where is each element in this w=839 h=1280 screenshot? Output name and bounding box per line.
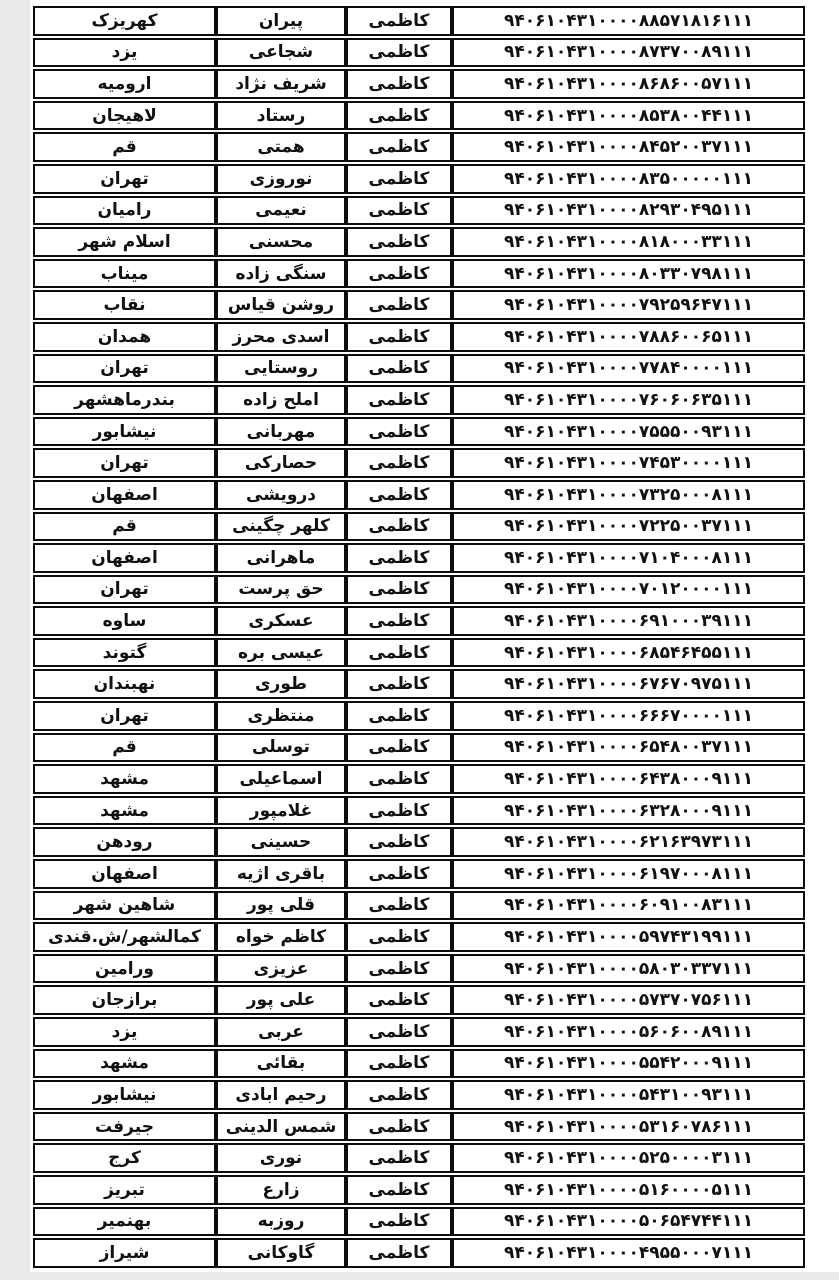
table-row: بندرماهشهر املح زاده کاظمی ۹۴۰۶۱۰۴۳۱۰۰۰۰…	[33, 385, 805, 415]
tracking-number-cell: ۹۴۰۶۱۰۴۳۱۰۰۰۰۸۷۳۷۰۰۸۹۱۱۱	[452, 38, 805, 68]
tracking-number-cell: ۹۴۰۶۱۰۴۳۱۰۰۰۰۸۱۸۰۰۰۳۳۱۱۱	[452, 227, 805, 257]
tracking-number-cell: ۹۴۰۶۱۰۴۳۱۰۰۰۰۷۳۲۵۰۰۰۸۱۱۱	[452, 480, 805, 510]
tracking-number-cell: ۹۴۰۶۱۰۴۳۱۰۰۰۰۶۶۶۷۰۰۰۰۱۱۱	[452, 701, 805, 731]
tracking-number-cell: ۹۴۰۶۱۰۴۳۱۰۰۰۰۶۰۹۱۰۰۸۳۱۱۱	[452, 891, 805, 921]
tracking-number-value: ۹۴۰۶۱۰۴۳۱۰۰۰۰۶۳۲۸۰۰۰۹۱۱۱	[504, 801, 753, 821]
given-name-cell: کاظمی	[346, 764, 452, 794]
city-cell: اصفهان	[33, 480, 216, 510]
city-cell: قم	[33, 733, 216, 763]
city-cell: مشهد	[33, 764, 216, 794]
tracking-number-value: ۹۴۰۶۱۰۴۳۱۰۰۰۰۵۹۷۴۳۱۹۹۱۱۱	[504, 927, 753, 947]
tracking-number-cell: ۹۴۰۶۱۰۴۳۱۰۰۰۰۸۰۳۳۰۷۹۸۱۱۱	[452, 259, 805, 289]
table-row: یزد شجاعی کاظمی ۹۴۰۶۱۰۴۳۱۰۰۰۰۸۷۳۷۰۰۸۹۱۱۱	[33, 38, 805, 68]
tracking-number-value: ۹۴۰۶۱۰۴۳۱۰۰۰۰۶۹۱۰۰۰۳۹۱۱۱	[504, 611, 753, 631]
tracking-number-cell: ۹۴۰۶۱۰۴۳۱۰۰۰۰۵۸۰۳۰۳۳۷۱۱۱	[452, 954, 805, 984]
surname-cell: مهربانی	[216, 417, 346, 447]
table-row: ورامین عزیزی کاظمی ۹۴۰۶۱۰۴۳۱۰۰۰۰۵۸۰۳۰۳۳۷…	[33, 954, 805, 984]
city-cell: یزد	[33, 38, 216, 68]
table-row: نیشابور رحیم ابادی کاظمی ۹۴۰۶۱۰۴۳۱۰۰۰۰۵۴…	[33, 1080, 805, 1110]
city-cell: گتوند	[33, 638, 216, 668]
table-row: اصفهان درویشی کاظمی ۹۴۰۶۱۰۴۳۱۰۰۰۰۷۳۲۵۰۰۰…	[33, 480, 805, 510]
city-cell: مشهد	[33, 1049, 216, 1079]
given-name-cell: کاظمی	[346, 606, 452, 636]
surname-cell: طوری	[216, 669, 346, 699]
surname-cell: کلهر چگینی	[216, 512, 346, 542]
tracking-number-cell: ۹۴۰۶۱۰۴۳۱۰۰۰۰۴۹۵۵۰۰۰۷۱۱۱	[452, 1238, 805, 1268]
tracking-number-value: ۹۴۰۶۱۰۴۳۱۰۰۰۰۵۱۶۰۰۰۰۵۱۱۱	[504, 1180, 753, 1200]
table-row: کمالشهر/ش.قندی کاظم خواه کاظمی ۹۴۰۶۱۰۴۳۱…	[33, 922, 805, 952]
given-name-cell: کاظمی	[346, 859, 452, 889]
surname-cell: حسینی	[216, 827, 346, 857]
city-cell: تهران	[33, 164, 216, 194]
page-bottom-margin	[0, 1272, 839, 1280]
tracking-number-cell: ۹۴۰۶۱۰۴۳۱۰۰۰۰۶۹۱۰۰۰۳۹۱۱۱	[452, 606, 805, 636]
city-cell: بندرماهشهر	[33, 385, 216, 415]
surname-cell: باقری اژیه	[216, 859, 346, 889]
surname-cell: حق پرست	[216, 575, 346, 605]
city-cell: رامیان	[33, 196, 216, 226]
surname-cell: کاظم خواه	[216, 922, 346, 952]
tracking-number-cell: ۹۴۰۶۱۰۴۳۱۰۰۰۰۷۵۵۵۰۰۹۳۱۱۱	[452, 417, 805, 447]
surname-cell: گاوکانی	[216, 1238, 346, 1268]
city-cell: یزد	[33, 1017, 216, 1047]
table-row: اسلام شهر محسنی کاظمی ۹۴۰۶۱۰۴۳۱۰۰۰۰۸۱۸۰۰…	[33, 227, 805, 257]
tracking-number-cell: ۹۴۰۶۱۰۴۳۱۰۰۰۰۸۴۵۲۰۰۳۷۱۱۱	[452, 132, 805, 162]
tracking-number-cell: ۹۴۰۶۱۰۴۳۱۰۰۰۰۷۲۲۵۰۰۳۷۱۱۱	[452, 512, 805, 542]
tracking-number-cell: ۹۴۰۶۱۰۴۳۱۰۰۰۰۷۱۰۴۰۰۰۸۱۱۱	[452, 543, 805, 573]
surname-cell: سنگی زاده	[216, 259, 346, 289]
table-row: رودهن حسینی کاظمی ۹۴۰۶۱۰۴۳۱۰۰۰۰۶۲۱۶۳۹۷۳۱…	[33, 827, 805, 857]
city-cell: نهبندان	[33, 669, 216, 699]
surname-cell: اسدی محرز	[216, 322, 346, 352]
tracking-number-value: ۹۴۰۶۱۰۴۳۱۰۰۰۰۷۹۲۵۹۶۴۷۱۱۱	[504, 295, 753, 315]
given-name-cell: کاظمی	[346, 733, 452, 763]
given-name-cell: کاظمی	[346, 922, 452, 952]
table-row: بهنمیر روزبه کاظمی ۹۴۰۶۱۰۴۳۱۰۰۰۰۵۰۶۵۴۷۴۴…	[33, 1207, 805, 1237]
tracking-number-value: ۹۴۰۶۱۰۴۳۱۰۰۰۰۸۳۵۰۰۰۰۰۱۱۱	[504, 169, 753, 189]
tracking-number-cell: ۹۴۰۶۱۰۴۳۱۰۰۰۰۷۰۱۲۰۰۰۰۱۱۱	[452, 575, 805, 605]
given-name-cell: کاظمی	[346, 164, 452, 194]
given-name-cell: کاظمی	[346, 38, 452, 68]
table-row: رامیان نعیمی کاظمی ۹۴۰۶۱۰۴۳۱۰۰۰۰۸۲۹۳۰۴۹۵…	[33, 196, 805, 226]
surname-cell: توسلی	[216, 733, 346, 763]
tracking-number-cell: ۹۴۰۶۱۰۴۳۱۰۰۰۰۵۵۴۲۰۰۰۹۱۱۱	[452, 1049, 805, 1079]
tracking-number-cell: ۹۴۰۶۱۰۴۳۱۰۰۰۰۵۴۳۱۰۰۹۳۱۱۱	[452, 1080, 805, 1110]
table-row: کهریزک پیران کاظمی ۹۴۰۶۱۰۴۳۱۰۰۰۰۸۸۵۷۱۸۱۶…	[33, 6, 805, 36]
tracking-number-value: ۹۴۰۶۱۰۴۳۱۰۰۰۰۷۲۲۵۰۰۳۷۱۱۱	[504, 516, 753, 536]
tracking-number-value: ۹۴۰۶۱۰۴۳۱۰۰۰۰۵۶۰۶۰۰۸۹۱۱۱	[504, 1022, 753, 1042]
city-cell: اصفهان	[33, 543, 216, 573]
city-cell: بهنمیر	[33, 1207, 216, 1237]
surname-cell: علی پور	[216, 985, 346, 1015]
surname-cell: عسکری	[216, 606, 346, 636]
tracking-number-value: ۹۴۰۶۱۰۴۳۱۰۰۰۰۵۰۶۵۴۷۴۴۱۱۱	[504, 1211, 753, 1231]
tracking-number-cell: ۹۴۰۶۱۰۴۳۱۰۰۰۰۸۲۹۳۰۴۹۵۱۱۱	[452, 196, 805, 226]
table-row: کرج نوری کاظمی ۹۴۰۶۱۰۴۳۱۰۰۰۰۵۲۵۰۰۰۰۳۱۱۱	[33, 1143, 805, 1173]
surname-cell: عزیزی	[216, 954, 346, 984]
table-row: تهران روستایی کاظمی ۹۴۰۶۱۰۴۳۱۰۰۰۰۷۷۸۴۰۰۰…	[33, 354, 805, 384]
tracking-number-value: ۹۴۰۶۱۰۴۳۱۰۰۰۰۶۴۳۸۰۰۰۹۱۱۱	[504, 769, 753, 789]
surname-cell: املح زاده	[216, 385, 346, 415]
city-cell: تهران	[33, 575, 216, 605]
city-cell: مشهد	[33, 796, 216, 826]
tracking-number-cell: ۹۴۰۶۱۰۴۳۱۰۰۰۰۵۰۶۵۴۷۴۴۱۱۱	[452, 1207, 805, 1237]
tracking-number-value: ۹۴۰۶۱۰۴۳۱۰۰۰۰۵۵۴۲۰۰۰۹۱۱۱	[504, 1053, 753, 1073]
given-name-cell: کاظمی	[346, 196, 452, 226]
surname-cell: بقائی	[216, 1049, 346, 1079]
tracking-number-value: ۹۴۰۶۱۰۴۳۱۰۰۰۰۵۴۳۱۰۰۹۳۱۱۱	[504, 1085, 753, 1105]
tracking-number-value: ۹۴۰۶۱۰۴۳۱۰۰۰۰۴۹۵۵۰۰۰۷۱۱۱	[504, 1243, 753, 1263]
table-row: ساوه عسکری کاظمی ۹۴۰۶۱۰۴۳۱۰۰۰۰۶۹۱۰۰۰۳۹۱۱…	[33, 606, 805, 636]
tracking-number-cell: ۹۴۰۶۱۰۴۳۱۰۰۰۰۶۷۶۷۰۹۷۵۱۱۱	[452, 669, 805, 699]
tracking-number-cell: ۹۴۰۶۱۰۴۳۱۰۰۰۰۵۷۳۷۰۷۵۶۱۱۱	[452, 985, 805, 1015]
given-name-cell: کاظمی	[346, 1207, 452, 1237]
given-name-cell: کاظمی	[346, 638, 452, 668]
surname-cell: اسماعیلی	[216, 764, 346, 794]
city-cell: تبریز	[33, 1175, 216, 1205]
surname-cell: همتی	[216, 132, 346, 162]
given-name-cell: کاظمی	[346, 669, 452, 699]
tracking-number-value: ۹۴۰۶۱۰۴۳۱۰۰۰۰۸۶۸۶۰۰۵۷۱۱۱	[504, 74, 753, 94]
city-cell: کمالشهر/ش.قندی	[33, 922, 216, 952]
tracking-number-cell: ۹۴۰۶۱۰۴۳۱۰۰۰۰۶۵۴۸۰۰۳۷۱۱۱	[452, 733, 805, 763]
city-cell: قم	[33, 512, 216, 542]
tracking-number-cell: ۹۴۰۶۱۰۴۳۱۰۰۰۰۸۶۸۶۰۰۵۷۱۱۱	[452, 69, 805, 99]
tracking-number-value: ۹۴۰۶۱۰۴۳۱۰۰۰۰۷۳۲۵۰۰۰۸۱۱۱	[504, 485, 753, 505]
surname-cell: منتظری	[216, 701, 346, 731]
table-row: قم همتی کاظمی ۹۴۰۶۱۰۴۳۱۰۰۰۰۸۴۵۲۰۰۳۷۱۱۱	[33, 132, 805, 162]
tracking-number-value: ۹۴۰۶۱۰۴۳۱۰۰۰۰۷۷۸۴۰۰۰۰۱۱۱	[504, 358, 753, 378]
records-table: کهریزک پیران کاظمی ۹۴۰۶۱۰۴۳۱۰۰۰۰۸۸۵۷۱۸۱۶…	[33, 4, 805, 1270]
tracking-number-value: ۹۴۰۶۱۰۴۳۱۰۰۰۰۶۱۹۷۰۰۰۸۱۱۱	[504, 864, 753, 884]
tracking-number-value: ۹۴۰۶۱۰۴۳۱۰۰۰۰۸۰۳۳۰۷۹۸۱۱۱	[504, 264, 753, 284]
tracking-number-cell: ۹۴۰۶۱۰۴۳۱۰۰۰۰۷۸۸۶۰۰۶۵۱۱۱	[452, 322, 805, 352]
surname-cell: روزبه	[216, 1207, 346, 1237]
tracking-number-cell: ۹۴۰۶۱۰۴۳۱۰۰۰۰۸۸۵۷۱۸۱۶۱۱۱	[452, 6, 805, 36]
surname-cell: نعیمی	[216, 196, 346, 226]
tracking-number-cell: ۹۴۰۶۱۰۴۳۱۰۰۰۰۸۵۳۸۰۰۴۴۱۱۱	[452, 101, 805, 131]
city-cell: رودهن	[33, 827, 216, 857]
table-row: اصفهان ماهرانی کاظمی ۹۴۰۶۱۰۴۳۱۰۰۰۰۷۱۰۴۰۰…	[33, 543, 805, 573]
table-row: یزد عربی کاظمی ۹۴۰۶۱۰۴۳۱۰۰۰۰۵۶۰۶۰۰۸۹۱۱۱	[33, 1017, 805, 1047]
given-name-cell: کاظمی	[346, 1049, 452, 1079]
table-row: قم توسلی کاظمی ۹۴۰۶۱۰۴۳۱۰۰۰۰۶۵۴۸۰۰۳۷۱۱۱	[33, 733, 805, 763]
given-name-cell: کاظمی	[346, 796, 452, 826]
table-row: ارومیه شریف نژاد کاظمی ۹۴۰۶۱۰۴۳۱۰۰۰۰۸۶۸۶…	[33, 69, 805, 99]
tracking-number-value: ۹۴۰۶۱۰۴۳۱۰۰۰۰۸۴۵۲۰۰۳۷۱۱۱	[504, 137, 753, 157]
surname-cell: حصارکی	[216, 448, 346, 478]
tracking-number-value: ۹۴۰۶۱۰۴۳۱۰۰۰۰۶۲۱۶۳۹۷۳۱۱۱	[504, 832, 753, 852]
given-name-cell: کاظمی	[346, 1238, 452, 1268]
tracking-number-value: ۹۴۰۶۱۰۴۳۱۰۰۰۰۶۰۹۱۰۰۸۳۱۱۱	[504, 895, 753, 915]
tracking-number-value: ۹۴۰۶۱۰۴۳۱۰۰۰۰۵۲۵۰۰۰۰۳۱۱۱	[504, 1148, 753, 1168]
given-name-cell: کاظمی	[346, 1175, 452, 1205]
given-name-cell: کاظمی	[346, 827, 452, 857]
surname-cell: عربی	[216, 1017, 346, 1047]
tracking-number-value: ۹۴۰۶۱۰۴۳۱۰۰۰۰۵۳۱۶۰۷۸۶۱۱۱	[504, 1117, 753, 1137]
city-cell: تهران	[33, 354, 216, 384]
given-name-cell: کاظمی	[346, 132, 452, 162]
given-name-cell: کاظمی	[346, 448, 452, 478]
tracking-number-cell: ۹۴۰۶۱۰۴۳۱۰۰۰۰۶۴۳۸۰۰۰۹۱۱۱	[452, 764, 805, 794]
tracking-number-value: ۹۴۰۶۱۰۴۳۱۰۰۰۰۶۸۵۴۶۴۵۵۱۱۱	[504, 643, 753, 663]
given-name-cell: کاظمی	[346, 101, 452, 131]
table-row: جیرفت شمس الدینی کاظمی ۹۴۰۶۱۰۴۳۱۰۰۰۰۵۳۱۶…	[33, 1112, 805, 1142]
city-cell: کهریزک	[33, 6, 216, 36]
city-cell: نقاب	[33, 290, 216, 320]
given-name-cell: کاظمی	[346, 701, 452, 731]
table-row: تهران حق پرست کاظمی ۹۴۰۶۱۰۴۳۱۰۰۰۰۷۰۱۲۰۰۰…	[33, 575, 805, 605]
surname-cell: رستاد	[216, 101, 346, 131]
tracking-number-value: ۹۴۰۶۱۰۴۳۱۰۰۰۰۷۸۸۶۰۰۶۵۱۱۱	[504, 327, 753, 347]
tracking-number-value: ۹۴۰۶۱۰۴۳۱۰۰۰۰۸۱۸۰۰۰۳۳۱۱۱	[504, 232, 753, 252]
tracking-number-cell: ۹۴۰۶۱۰۴۳۱۰۰۰۰۵۹۷۴۳۱۹۹۱۱۱	[452, 922, 805, 952]
tracking-number-value: ۹۴۰۶۱۰۴۳۱۰۰۰۰۵۸۰۳۰۳۳۷۱۱۱	[504, 959, 753, 979]
table-row: تهران منتظری کاظمی ۹۴۰۶۱۰۴۳۱۰۰۰۰۶۶۶۷۰۰۰۰…	[33, 701, 805, 731]
tracking-number-value: ۹۴۰۶۱۰۴۳۱۰۰۰۰۷۰۱۲۰۰۰۰۱۱۱	[504, 579, 753, 599]
given-name-cell: کاظمی	[346, 1080, 452, 1110]
tracking-number-value: ۹۴۰۶۱۰۴۳۱۰۰۰۰۶۶۶۷۰۰۰۰۱۱۱	[504, 706, 753, 726]
table-row: تهران حصارکی کاظمی ۹۴۰۶۱۰۴۳۱۰۰۰۰۷۴۵۳۰۰۰۰…	[33, 448, 805, 478]
surname-cell: ماهرانی	[216, 543, 346, 573]
given-name-cell: کاظمی	[346, 891, 452, 921]
table-row: اصفهان باقری اژیه کاظمی ۹۴۰۶۱۰۴۳۱۰۰۰۰۶۱۹…	[33, 859, 805, 889]
tracking-number-value: ۹۴۰۶۱۰۴۳۱۰۰۰۰۸۷۳۷۰۰۸۹۱۱۱	[504, 42, 753, 62]
surname-cell: پیران	[216, 6, 346, 36]
table-row: تبریز زارع کاظمی ۹۴۰۶۱۰۴۳۱۰۰۰۰۵۱۶۰۰۰۰۵۱۱…	[33, 1175, 805, 1205]
given-name-cell: کاظمی	[346, 1017, 452, 1047]
document-page: کهریزک پیران کاظمی ۹۴۰۶۱۰۴۳۱۰۰۰۰۸۸۵۷۱۸۱۶…	[0, 0, 839, 1280]
tracking-number-cell: ۹۴۰۶۱۰۴۳۱۰۰۰۰۷۷۸۴۰۰۰۰۱۱۱	[452, 354, 805, 384]
table-row: مشهد غلامپور کاظمی ۹۴۰۶۱۰۴۳۱۰۰۰۰۶۳۲۸۰۰۰۹…	[33, 796, 805, 826]
given-name-cell: کاظمی	[346, 543, 452, 573]
table-row: همدان اسدی محرز کاظمی ۹۴۰۶۱۰۴۳۱۰۰۰۰۷۸۸۶۰…	[33, 322, 805, 352]
tracking-number-value: ۹۴۰۶۱۰۴۳۱۰۰۰۰۶۵۴۸۰۰۳۷۱۱۱	[504, 737, 753, 757]
city-cell: برازجان	[33, 985, 216, 1015]
table-row: تهران نوروزی کاظمی ۹۴۰۶۱۰۴۳۱۰۰۰۰۸۳۵۰۰۰۰۰…	[33, 164, 805, 194]
tracking-number-cell: ۹۴۰۶۱۰۴۳۱۰۰۰۰۷۹۲۵۹۶۴۷۱۱۱	[452, 290, 805, 320]
surname-cell: روستایی	[216, 354, 346, 384]
given-name-cell: کاظمی	[346, 385, 452, 415]
tracking-number-cell: ۹۴۰۶۱۰۴۳۱۰۰۰۰۶۳۲۸۰۰۰۹۱۱۱	[452, 796, 805, 826]
tracking-number-cell: ۹۴۰۶۱۰۴۳۱۰۰۰۰۵۱۶۰۰۰۰۵۱۱۱	[452, 1175, 805, 1205]
tracking-number-cell: ۹۴۰۶۱۰۴۳۱۰۰۰۰۵۳۱۶۰۷۸۶۱۱۱	[452, 1112, 805, 1142]
city-cell: ساوه	[33, 606, 216, 636]
tracking-number-cell: ۹۴۰۶۱۰۴۳۱۰۰۰۰۷۶۰۶۰۶۳۵۱۱۱	[452, 385, 805, 415]
given-name-cell: کاظمی	[346, 259, 452, 289]
tracking-number-cell: ۹۴۰۶۱۰۴۳۱۰۰۰۰۵۶۰۶۰۰۸۹۱۱۱	[452, 1017, 805, 1047]
surname-cell: درویشی	[216, 480, 346, 510]
surname-cell: شجاعی	[216, 38, 346, 68]
tracking-number-value: ۹۴۰۶۱۰۴۳۱۰۰۰۰۸۵۳۸۰۰۴۴۱۱۱	[504, 106, 753, 126]
tracking-number-cell: ۹۴۰۶۱۰۴۳۱۰۰۰۰۶۸۵۴۶۴۵۵۱۱۱	[452, 638, 805, 668]
city-cell: تهران	[33, 448, 216, 478]
tracking-number-value: ۹۴۰۶۱۰۴۳۱۰۰۰۰۵۷۳۷۰۷۵۶۱۱۱	[504, 990, 753, 1010]
city-cell: میناب	[33, 259, 216, 289]
city-cell: اصفهان	[33, 859, 216, 889]
records-table-body: کهریزک پیران کاظمی ۹۴۰۶۱۰۴۳۱۰۰۰۰۸۸۵۷۱۸۱۶…	[33, 6, 805, 1268]
surname-cell: شمس الدینی	[216, 1112, 346, 1142]
tracking-number-cell: ۹۴۰۶۱۰۴۳۱۰۰۰۰۵۲۵۰۰۰۰۳۱۱۱	[452, 1143, 805, 1173]
surname-cell: عیسی بره	[216, 638, 346, 668]
surname-cell: شریف نژاد	[216, 69, 346, 99]
city-cell: ارومیه	[33, 69, 216, 99]
given-name-cell: کاظمی	[346, 69, 452, 99]
tracking-number-value: ۹۴۰۶۱۰۴۳۱۰۰۰۰۷۵۵۵۰۰۹۳۱۱۱	[504, 422, 753, 442]
surname-cell: قلی پور	[216, 891, 346, 921]
given-name-cell: کاظمی	[346, 354, 452, 384]
given-name-cell: کاظمی	[346, 512, 452, 542]
city-cell: ورامین	[33, 954, 216, 984]
tracking-number-value: ۹۴۰۶۱۰۴۳۱۰۰۰۰۷۱۰۴۰۰۰۸۱۱۱	[504, 548, 753, 568]
table-row: میناب سنگی زاده کاظمی ۹۴۰۶۱۰۴۳۱۰۰۰۰۸۰۳۳۰…	[33, 259, 805, 289]
tracking-number-cell: ۹۴۰۶۱۰۴۳۱۰۰۰۰۶۱۹۷۰۰۰۸۱۱۱	[452, 859, 805, 889]
table-row: گتوند عیسی بره کاظمی ۹۴۰۶۱۰۴۳۱۰۰۰۰۶۸۵۴۶۴…	[33, 638, 805, 668]
given-name-cell: کاظمی	[346, 1143, 452, 1173]
given-name-cell: کاظمی	[346, 480, 452, 510]
table-row: لاهیجان رستاد کاظمی ۹۴۰۶۱۰۴۳۱۰۰۰۰۸۵۳۸۰۰۴…	[33, 101, 805, 131]
city-cell: کرج	[33, 1143, 216, 1173]
table-row: مشهد بقائی کاظمی ۹۴۰۶۱۰۴۳۱۰۰۰۰۵۵۴۲۰۰۰۹۱۱…	[33, 1049, 805, 1079]
city-cell: نیشابور	[33, 1080, 216, 1110]
given-name-cell: کاظمی	[346, 1112, 452, 1142]
city-cell: قم	[33, 132, 216, 162]
given-name-cell: کاظمی	[346, 985, 452, 1015]
given-name-cell: کاظمی	[346, 227, 452, 257]
city-cell: اسلام شهر	[33, 227, 216, 257]
given-name-cell: کاظمی	[346, 290, 452, 320]
table-row: شاهین شهر قلی پور کاظمی ۹۴۰۶۱۰۴۳۱۰۰۰۰۶۰۹…	[33, 891, 805, 921]
table-row: نقاب روشن قیاس کاظمی ۹۴۰۶۱۰۴۳۱۰۰۰۰۷۹۲۵۹۶…	[33, 290, 805, 320]
surname-cell: زارع	[216, 1175, 346, 1205]
city-cell: شاهین شهر	[33, 891, 216, 921]
tracking-number-value: ۹۴۰۶۱۰۴۳۱۰۰۰۰۷۶۰۶۰۶۳۵۱۱۱	[504, 390, 753, 410]
surname-cell: روشن قیاس	[216, 290, 346, 320]
given-name-cell: کاظمی	[346, 322, 452, 352]
surname-cell: محسنی	[216, 227, 346, 257]
page-left-margin	[0, 0, 30, 1280]
table-row: شیراز گاوکانی کاظمی ۹۴۰۶۱۰۴۳۱۰۰۰۰۴۹۵۵۰۰۰…	[33, 1238, 805, 1268]
tracking-number-value: ۹۴۰۶۱۰۴۳۱۰۰۰۰۶۷۶۷۰۹۷۵۱۱۱	[504, 674, 753, 694]
city-cell: تهران	[33, 701, 216, 731]
given-name-cell: کاظمی	[346, 954, 452, 984]
table-row: برازجان علی پور کاظمی ۹۴۰۶۱۰۴۳۱۰۰۰۰۵۷۳۷۰…	[33, 985, 805, 1015]
surname-cell: نوروزی	[216, 164, 346, 194]
table-row: مشهد اسماعیلی کاظمی ۹۴۰۶۱۰۴۳۱۰۰۰۰۶۴۳۸۰۰۰…	[33, 764, 805, 794]
table-row: نیشابور مهربانی کاظمی ۹۴۰۶۱۰۴۳۱۰۰۰۰۷۵۵۵۰…	[33, 417, 805, 447]
tracking-number-value: ۹۴۰۶۱۰۴۳۱۰۰۰۰۷۴۵۳۰۰۰۰۱۱۱	[504, 453, 753, 473]
tracking-number-value: ۹۴۰۶۱۰۴۳۱۰۰۰۰۸۲۹۳۰۴۹۵۱۱۱	[504, 200, 753, 220]
surname-cell: رحیم ابادی	[216, 1080, 346, 1110]
table-row: نهبندان طوری کاظمی ۹۴۰۶۱۰۴۳۱۰۰۰۰۶۷۶۷۰۹۷۵…	[33, 669, 805, 699]
given-name-cell: کاظمی	[346, 575, 452, 605]
surname-cell: غلامپور	[216, 796, 346, 826]
city-cell: همدان	[33, 322, 216, 352]
surname-cell: نوری	[216, 1143, 346, 1173]
given-name-cell: کاظمی	[346, 6, 452, 36]
city-cell: نیشابور	[33, 417, 216, 447]
city-cell: لاهیجان	[33, 101, 216, 131]
city-cell: جیرفت	[33, 1112, 216, 1142]
table-row: قم کلهر چگینی کاظمی ۹۴۰۶۱۰۴۳۱۰۰۰۰۷۲۲۵۰۰۳…	[33, 512, 805, 542]
tracking-number-cell: ۹۴۰۶۱۰۴۳۱۰۰۰۰۶۲۱۶۳۹۷۳۱۱۱	[452, 827, 805, 857]
city-cell: شیراز	[33, 1238, 216, 1268]
tracking-number-cell: ۹۴۰۶۱۰۴۳۱۰۰۰۰۷۴۵۳۰۰۰۰۱۱۱	[452, 448, 805, 478]
given-name-cell: کاظمی	[346, 417, 452, 447]
tracking-number-value: ۹۴۰۶۱۰۴۳۱۰۰۰۰۸۸۵۷۱۸۱۶۱۱۱	[504, 11, 753, 31]
tracking-number-cell: ۹۴۰۶۱۰۴۳۱۰۰۰۰۸۳۵۰۰۰۰۰۱۱۱	[452, 164, 805, 194]
